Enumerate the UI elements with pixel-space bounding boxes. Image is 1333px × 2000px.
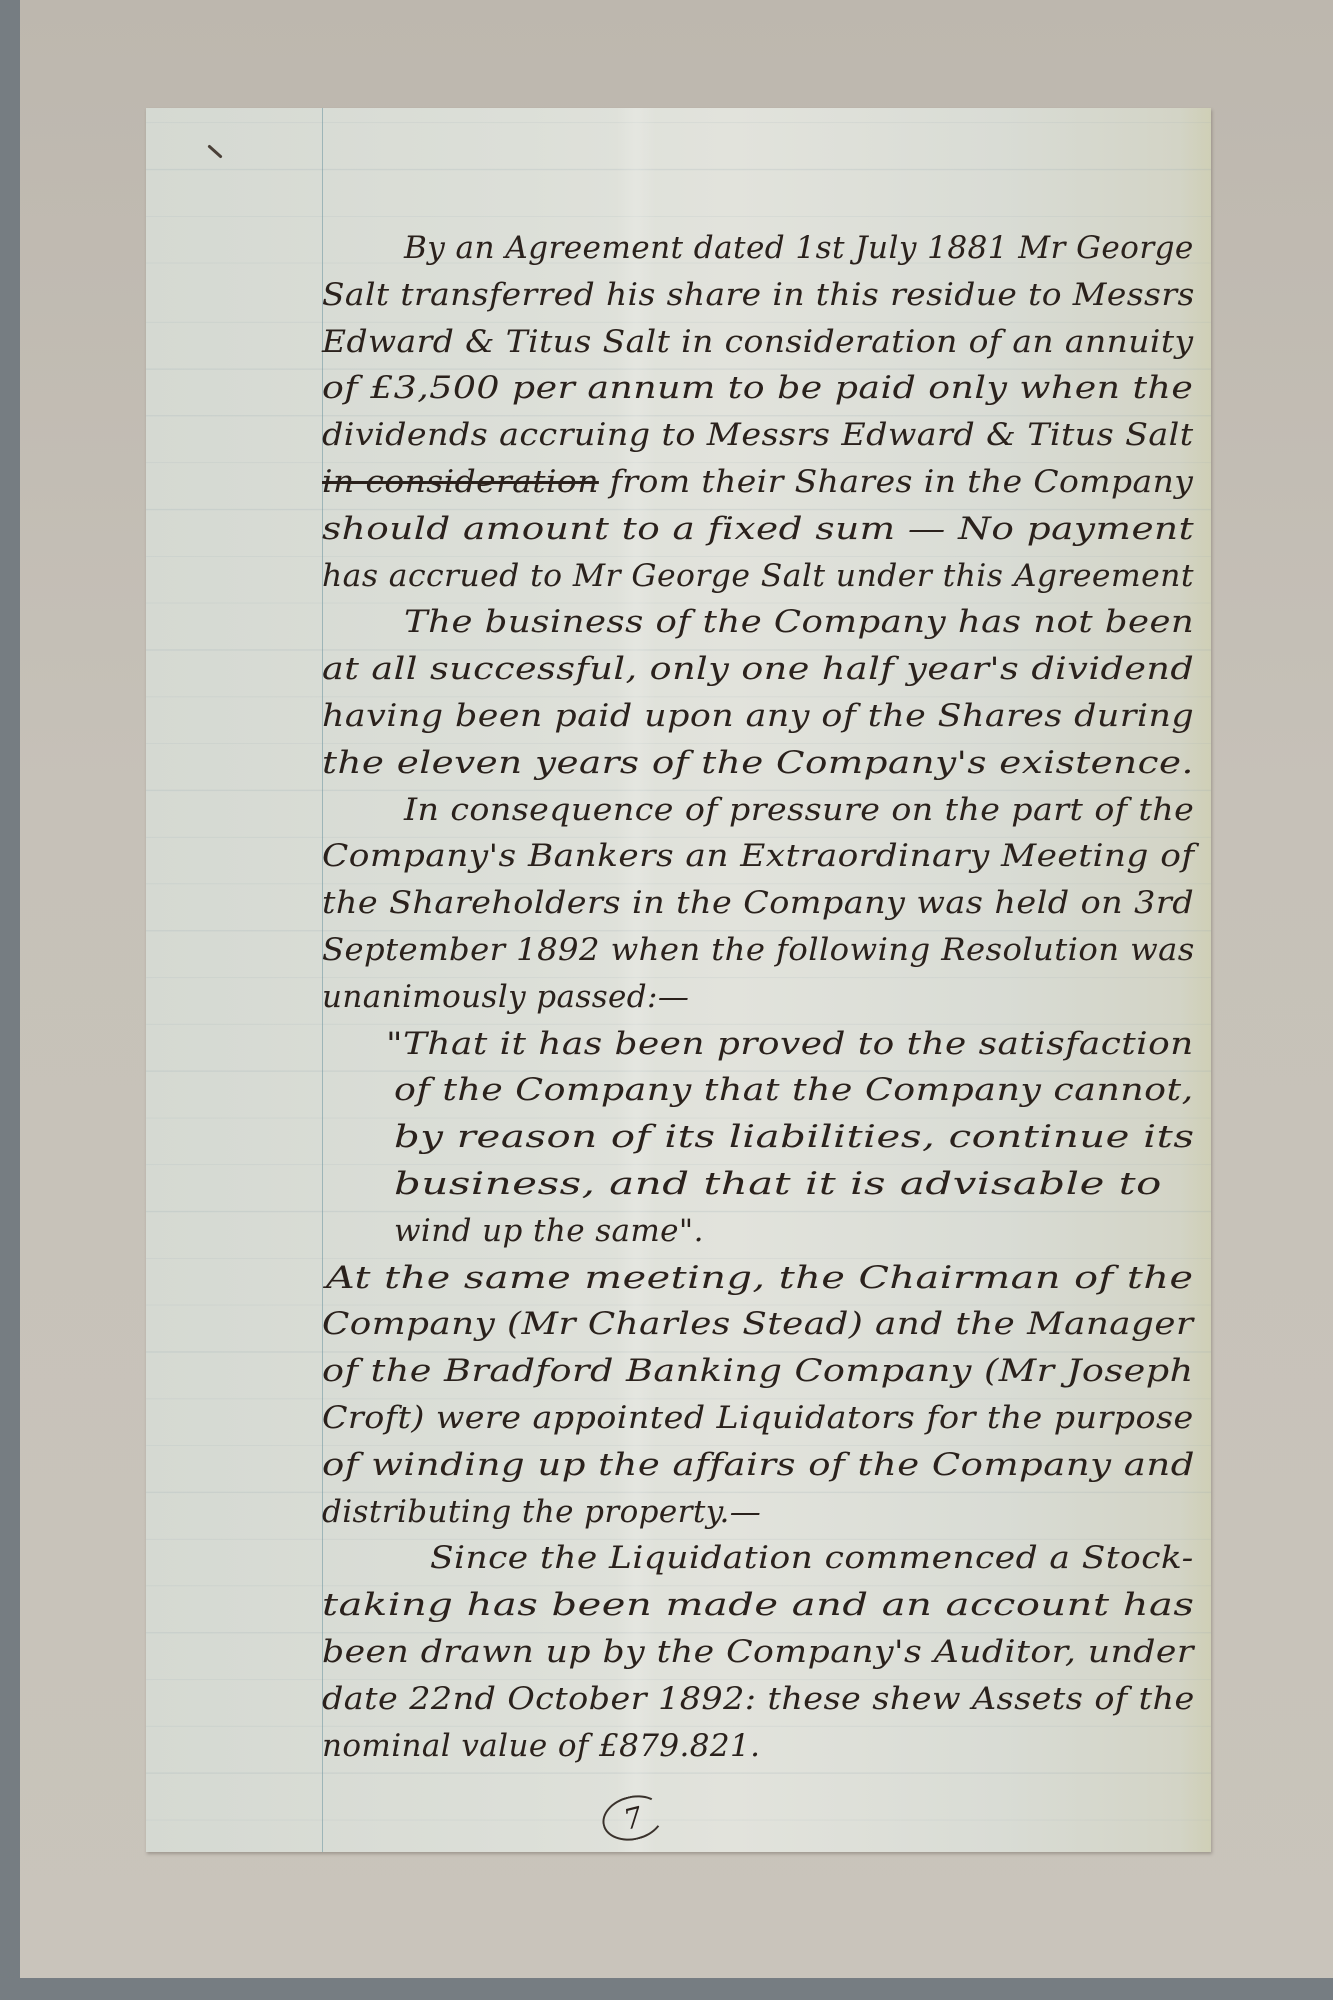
handwritten-line: Company (Mr Charles Stead) and the Manag… [322,1306,1194,1342]
struck-through-text: in consideration [322,464,599,500]
scan-frame-bottom [0,1978,1333,2000]
handwritten-line: distributing the property.— [322,1494,761,1530]
handwritten-line: has accrued to Mr George Salt under this… [322,558,1194,594]
handwritten-line: of £3,500 per annum to be paid only when… [322,370,1193,406]
page-number: 7 [620,1800,645,1836]
handwritten-line: of winding up the affairs of the Company… [322,1447,1195,1483]
handwritten-line: Salt transferred his share in this resid… [322,277,1195,313]
handwritten-line: the Shareholders in the Company was held… [322,885,1194,921]
handwritten-line: dividends accruing to Messrs Edward & Ti… [322,417,1194,453]
handwritten-line: At the same meeting, the Chairman of the [326,1260,1194,1296]
handwritten-line: having been paid upon any of the Shares … [322,698,1194,734]
handwritten-line: taking has been made and an account has [322,1587,1194,1623]
handwritten-line: should amount to a fixed sum — No paymen… [322,511,1194,547]
handwritten-line: business, and that it is advisable to [394,1166,1162,1202]
manuscript-page: By an Agreement dated 1st July 1881 Mr G… [146,108,1211,1852]
handwritten-line: nominal value of £879.821. [322,1728,760,1764]
handwritten-line: In consequence of pressure on the part o… [404,792,1194,828]
handwritten-line: The business of the Company has not been [404,604,1194,640]
handwritten-line: Company's Bankers an Extraordinary Meeti… [322,838,1195,874]
handwritten-line: Croft) were appointed Liquidators for th… [322,1400,1194,1436]
handwritten-line: at all successful, only one half year's … [322,651,1194,687]
handwritten-line: been drawn up by the Company's Auditor, … [322,1634,1194,1670]
handwritten-line: Since the Liquidation commenced a Stock- [430,1540,1194,1576]
handwritten-line: wind up the same". [394,1213,704,1249]
handwritten-text-block: By an Agreement dated 1st July 1881 Mr G… [146,108,1211,1852]
handwritten-line: By an Agreement dated 1st July 1881 Mr G… [404,230,1194,266]
handwritten-line: September 1892 when the following Resolu… [322,932,1195,968]
line-text: from their Shares in the Company [599,464,1193,500]
handwritten-line: of the Bradford Banking Company (Mr Jose… [322,1353,1194,1389]
handwritten-line: in consideration from their Shares in th… [322,464,1193,500]
handwritten-line: unanimously passed:— [322,979,689,1015]
handwritten-line: of the Company that the Company cannot, [394,1072,1194,1108]
handwritten-line: date 22nd October 1892: these shew Asset… [322,1681,1195,1717]
handwritten-line: Edward & Titus Salt in consideration of … [322,324,1194,360]
handwritten-line: the eleven years of the Company's existe… [322,745,1194,781]
handwritten-line: by reason of its liabilities, continue i… [394,1119,1194,1155]
scan-frame-left [0,0,20,2000]
handwritten-line: "That it has been proved to the satisfac… [386,1026,1194,1062]
